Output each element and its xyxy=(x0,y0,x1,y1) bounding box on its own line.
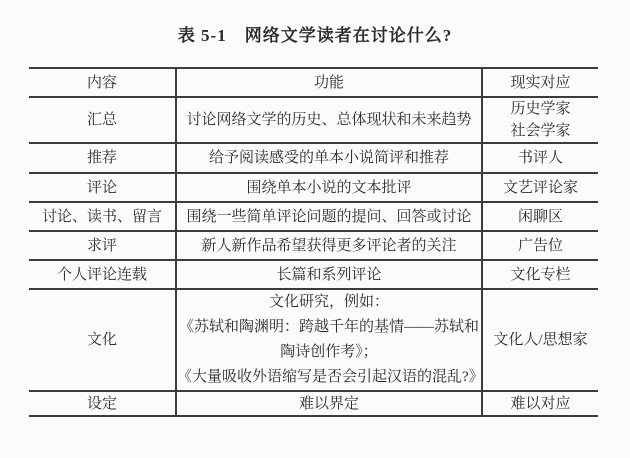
cell-content: 推荐 xyxy=(29,143,176,173)
cell-function: 文化研究，例如： 《苏轼和陶渊明：跨越千年的基情——苏轼和 陶诗创作考》； 《大… xyxy=(176,289,482,391)
cell-real: 历史学家 社会学家 xyxy=(482,97,598,143)
col-header-content: 内容 xyxy=(29,68,176,97)
document-page: 表 5-1 网络文学读者在讨论什么? 内容 功能 现实对应 汇总 讨论网络文学的… xyxy=(0,0,630,458)
table-title: 表 5-1 网络文学读者在讨论什么? xyxy=(0,21,630,46)
table-row: 文化 文化研究，例如： 《苏轼和陶渊明：跨越千年的基情——苏轼和 陶诗创作考》；… xyxy=(29,289,598,391)
cell-function: 给予阅读感受的单本小说简评和推荐 xyxy=(176,143,482,173)
col-header-real: 现实对应 xyxy=(482,68,598,97)
cell-content: 设定 xyxy=(29,391,176,416)
cell-content: 求评 xyxy=(29,231,176,260)
cell-function: 围绕一些简单评论问题的提问、回答或讨论 xyxy=(176,202,482,231)
cell-function: 讨论网络文学的历史、总体现状和未来趋势 xyxy=(176,97,482,143)
cell-content: 评论 xyxy=(29,173,176,202)
cell-real: 书评人 xyxy=(482,143,598,173)
table-row: 求评 新人新作品希望获得更多评论者的关注 广告位 xyxy=(29,231,598,260)
cell-function: 围绕单本小说的文本批评 xyxy=(176,173,482,202)
table-row: 个人评论连载 长篇和系列评论 文化专栏 xyxy=(29,260,598,289)
cell-function: 长篇和系列评论 xyxy=(176,260,482,289)
table-row: 推荐 给予阅读感受的单本小说简评和推荐 书评人 xyxy=(29,143,598,173)
cell-function: 难以界定 xyxy=(176,391,482,416)
table-row: 讨论、读书、留言 围绕一些简单评论问题的提问、回答或讨论 闲聊区 xyxy=(29,202,598,231)
cell-content: 讨论、读书、留言 xyxy=(29,202,176,231)
cell-function: 新人新作品希望获得更多评论者的关注 xyxy=(176,231,482,260)
cell-content: 文化 xyxy=(29,289,176,391)
readers-discussion-table: 内容 功能 现实对应 汇总 讨论网络文学的历史、总体现状和未来趋势 历史学家 社… xyxy=(29,67,598,417)
table-row: 设定 难以界定 难以对应 xyxy=(29,391,598,416)
cell-real: 难以对应 xyxy=(482,391,598,416)
table-row: 评论 围绕单本小说的文本批评 文艺评论家 xyxy=(29,173,598,202)
table-header-row: 内容 功能 现实对应 xyxy=(29,68,598,97)
cell-real: 文化专栏 xyxy=(482,260,598,289)
cell-real: 文化人/思想家 xyxy=(482,289,598,391)
cell-content: 汇总 xyxy=(29,97,176,143)
cell-real: 闲聊区 xyxy=(482,202,598,231)
cell-content: 个人评论连载 xyxy=(29,260,176,289)
cell-real: 文艺评论家 xyxy=(482,173,598,202)
cell-real: 广告位 xyxy=(482,231,598,260)
col-header-function: 功能 xyxy=(176,68,482,97)
table-row: 汇总 讨论网络文学的历史、总体现状和未来趋势 历史学家 社会学家 xyxy=(29,97,598,143)
